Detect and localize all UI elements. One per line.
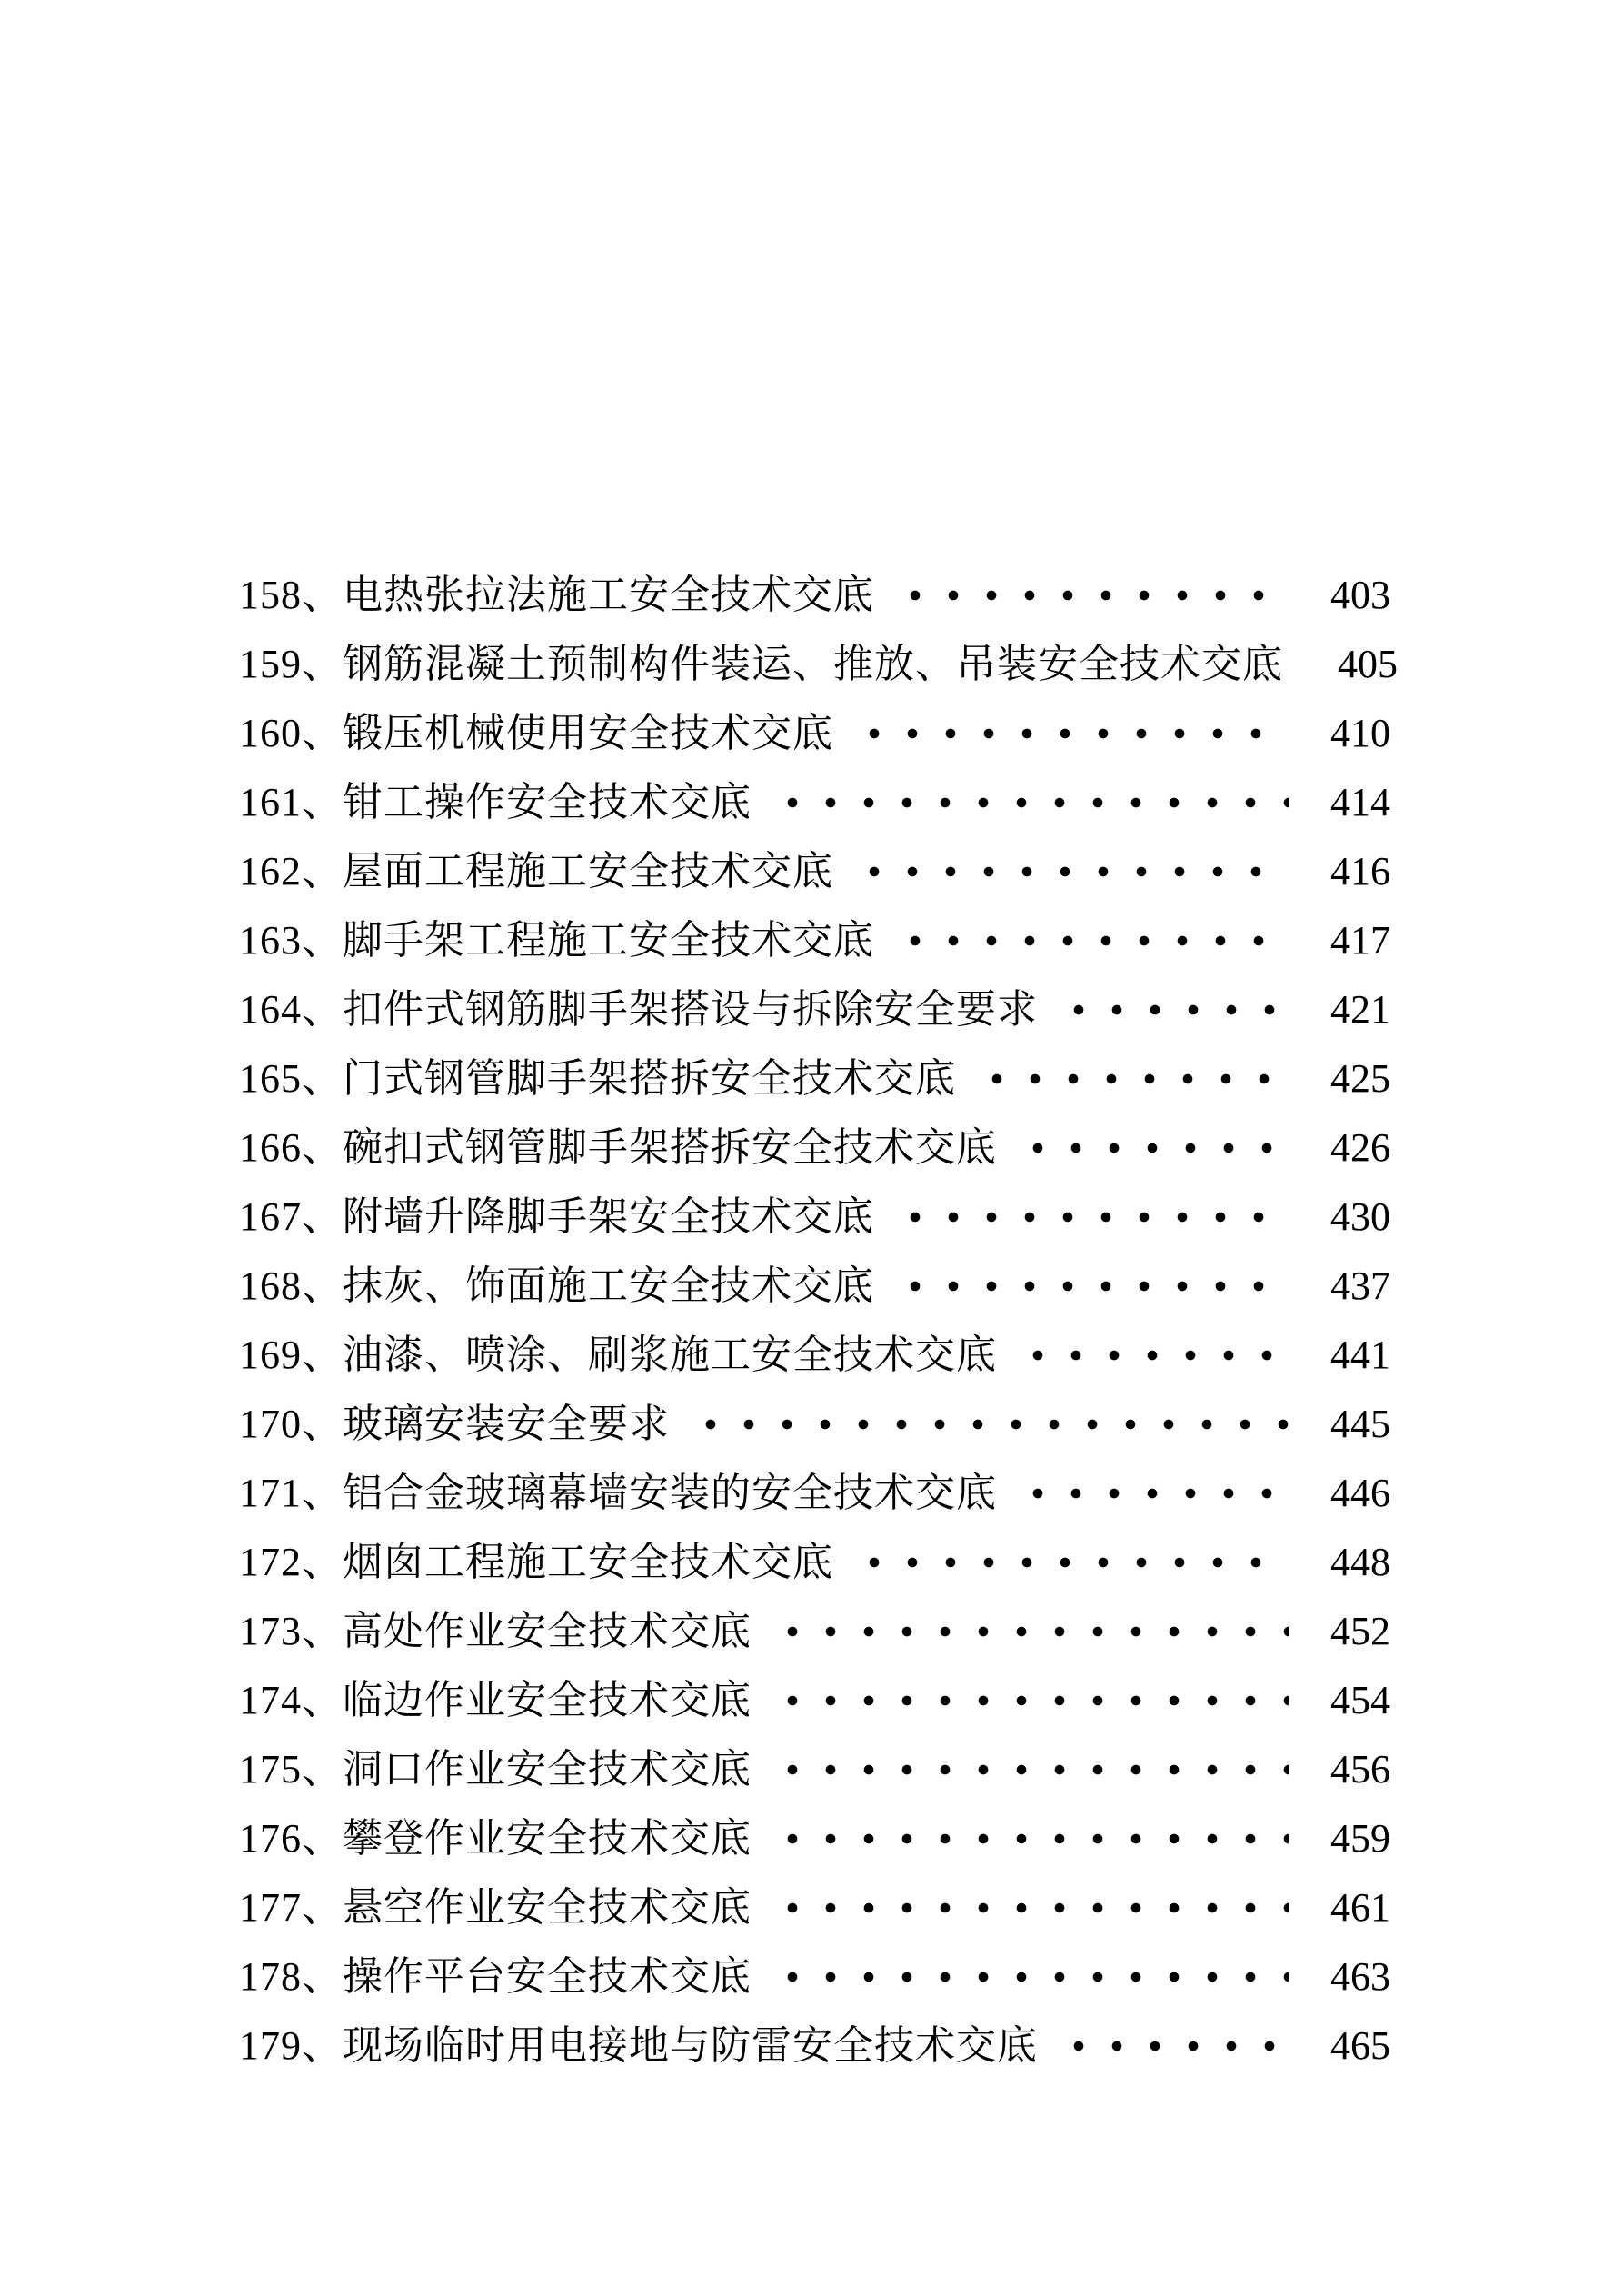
- toc-entry-page-number: 463: [1330, 1956, 1390, 1997]
- toc-entry-page-number: 421: [1330, 989, 1390, 1030]
- toc-entry: 170、玻璃安装安全要求 445: [239, 1403, 1390, 1444]
- toc-entry-page-number: 405: [1338, 644, 1398, 684]
- toc-entry: 172、烟囱工程施工安全技术交底 448: [239, 1542, 1390, 1582]
- toc-entry-title: 162、屋面工程施工安全技术交底: [239, 851, 833, 892]
- toc-entry-title: 173、高处作业安全技术交底: [239, 1611, 752, 1652]
- dot-leader: [764, 782, 1289, 823]
- toc-entry-title: 165、门式钢管脚手架搭拆安全技术交底: [239, 1058, 956, 1099]
- toc-entry-title: 174、临边作业安全技术交底: [239, 1680, 752, 1721]
- toc-entry-page-number: 430: [1330, 1196, 1390, 1237]
- toc-entry-page-number: 425: [1330, 1058, 1390, 1099]
- toc-entry: 173、高处作业安全技术交底 452: [239, 1611, 1390, 1652]
- dot-leader: [887, 574, 1289, 615]
- dot-leader: [682, 1403, 1289, 1444]
- toc-entry: 178、操作平台安全技术交底 463: [239, 1956, 1390, 1997]
- toc-entry-page-number: 437: [1330, 1265, 1390, 1306]
- dot-leader: [764, 1818, 1289, 1859]
- toc-entry-title: 158、电热张拉法施工安全技术交底: [239, 574, 874, 615]
- toc-entry-page-number: 446: [1330, 1472, 1390, 1513]
- toc-entry-page-number: 465: [1330, 2025, 1390, 2066]
- toc-entry: 163、脚手架工程施工安全技术交底 417: [239, 920, 1390, 961]
- toc-entry-page-number: 416: [1330, 851, 1390, 892]
- dot-leader: [1050, 989, 1289, 1030]
- toc-entry-page-number: 459: [1330, 1818, 1390, 1859]
- toc-entry-page-number: 414: [1330, 782, 1390, 823]
- toc-entry-title: 168、抹灰、饰面施工安全技术交底: [239, 1265, 874, 1306]
- toc-entry-title: 171、铝合金玻璃幕墙安装的安全技术交底: [239, 1472, 997, 1513]
- toc-entry-title: 167、附墙升降脚手架安全技术交底: [239, 1196, 874, 1237]
- toc-entry-page-number: 461: [1330, 1887, 1390, 1928]
- toc-entry-title: 170、玻璃安装安全要求: [239, 1403, 670, 1444]
- dot-leader: [846, 851, 1289, 892]
- dot-leader: [1010, 1127, 1289, 1168]
- toc-entry: 175、洞口作业安全技术交底 456: [239, 1749, 1390, 1790]
- toc-entry-title: 175、洞口作业安全技术交底: [239, 1749, 752, 1790]
- toc-entry-page-number: 452: [1330, 1611, 1390, 1652]
- toc-entry: 166、碗扣式钢管脚手架搭拆安全技术交底 426: [239, 1127, 1390, 1168]
- toc-entry-page-number: 410: [1330, 713, 1390, 754]
- toc-entry-title: 178、操作平台安全技术交底: [239, 1956, 752, 1997]
- toc-entry-title: 166、碗扣式钢管脚手架搭拆安全技术交底: [239, 1127, 997, 1168]
- toc-entry-title: 164、扣件式钢筋脚手架搭设与拆除安全要求: [239, 989, 1038, 1030]
- dot-leader: [969, 1058, 1289, 1099]
- toc-entry: 165、门式钢管脚手架搭拆安全技术交底 425: [239, 1058, 1390, 1099]
- toc-entry: 167、附墙升降脚手架安全技术交底 430: [239, 1196, 1390, 1237]
- toc-entry-page-number: 454: [1330, 1680, 1390, 1721]
- document-page: 158、电热张拉法施工安全技术交底 403 159、钢筋混凝土预制构件装运、推放…: [0, 0, 1623, 2296]
- dot-leader: [846, 1542, 1289, 1582]
- dot-leader: [887, 920, 1289, 961]
- toc-entry-title: 177、悬空作业安全技术交底: [239, 1887, 752, 1928]
- toc-entry: 177、悬空作业安全技术交底 461: [239, 1887, 1390, 1928]
- toc-entry-page-number: 445: [1330, 1403, 1390, 1444]
- toc-entry-title: 172、烟囱工程施工安全技术交底: [239, 1542, 833, 1582]
- dot-leader: [1050, 2025, 1289, 2066]
- toc-entry-title: 176、攀登作业安全技术交底: [239, 1818, 752, 1859]
- dot-leader: [764, 1887, 1289, 1928]
- toc-entry: 176、攀登作业安全技术交底 459: [239, 1818, 1390, 1859]
- toc-entry: 162、屋面工程施工安全技术交底 416: [239, 851, 1390, 892]
- toc-entry-page-number: 456: [1330, 1749, 1390, 1790]
- toc-entry: 171、铝合金玻璃幕墙安装的安全技术交底 446: [239, 1472, 1390, 1513]
- toc-entry: 161、钳工操作安全技术交底 414: [239, 782, 1390, 823]
- toc-entry-title: 179、现场临时用电接地与防雷安全技术交底: [239, 2025, 1038, 2066]
- toc-entry-title: 160、锻压机械使用安全技术交底: [239, 713, 833, 754]
- toc-entry: 159、钢筋混凝土预制构件装运、推放、吊装安全技术交底 405: [239, 644, 1390, 684]
- dot-leader: [764, 1749, 1289, 1790]
- dot-leader: [1010, 1472, 1289, 1513]
- toc-entry-page-number: 426: [1330, 1127, 1390, 1168]
- dot-leader: [764, 1611, 1289, 1652]
- toc-entry: 174、临边作业安全技术交底 454: [239, 1680, 1390, 1721]
- dot-leader: [1010, 1334, 1289, 1375]
- toc-entry: 164、扣件式钢筋脚手架搭设与拆除安全要求 421: [239, 989, 1390, 1030]
- toc-entry: 169、油漆、喷涂、刷浆施工安全技术交底 441: [239, 1334, 1390, 1375]
- toc-entry: 158、电热张拉法施工安全技术交底 403: [239, 574, 1390, 615]
- toc-entry-title: 163、脚手架工程施工安全技术交底: [239, 920, 874, 961]
- dot-leader: [887, 1265, 1289, 1306]
- toc-entry: 160、锻压机械使用安全技术交底 410: [239, 713, 1390, 754]
- toc-entry-page-number: 417: [1330, 920, 1390, 961]
- toc-entry-title: 169、油漆、喷涂、刷浆施工安全技术交底: [239, 1334, 997, 1375]
- dot-leader: [764, 1680, 1289, 1721]
- toc-entry-title: 159、钢筋混凝土预制构件装运、推放、吊装安全技术交底: [239, 644, 1283, 684]
- toc-entry-page-number: 403: [1330, 574, 1390, 615]
- toc-entry: 168、抹灰、饰面施工安全技术交底 437: [239, 1265, 1390, 1306]
- dot-leader: [846, 713, 1289, 754]
- toc-entry: 179、现场临时用电接地与防雷安全技术交底 465: [239, 2025, 1390, 2066]
- dot-leader: [887, 1196, 1289, 1237]
- toc-entry-title: 161、钳工操作安全技术交底: [239, 782, 752, 823]
- toc-entry-page-number: 448: [1330, 1542, 1390, 1582]
- toc-entry-page-number: 441: [1330, 1334, 1390, 1375]
- table-of-contents: 158、电热张拉法施工安全技术交底 403 159、钢筋混凝土预制构件装运、推放…: [239, 574, 1390, 2094]
- dot-leader: [764, 1956, 1289, 1997]
